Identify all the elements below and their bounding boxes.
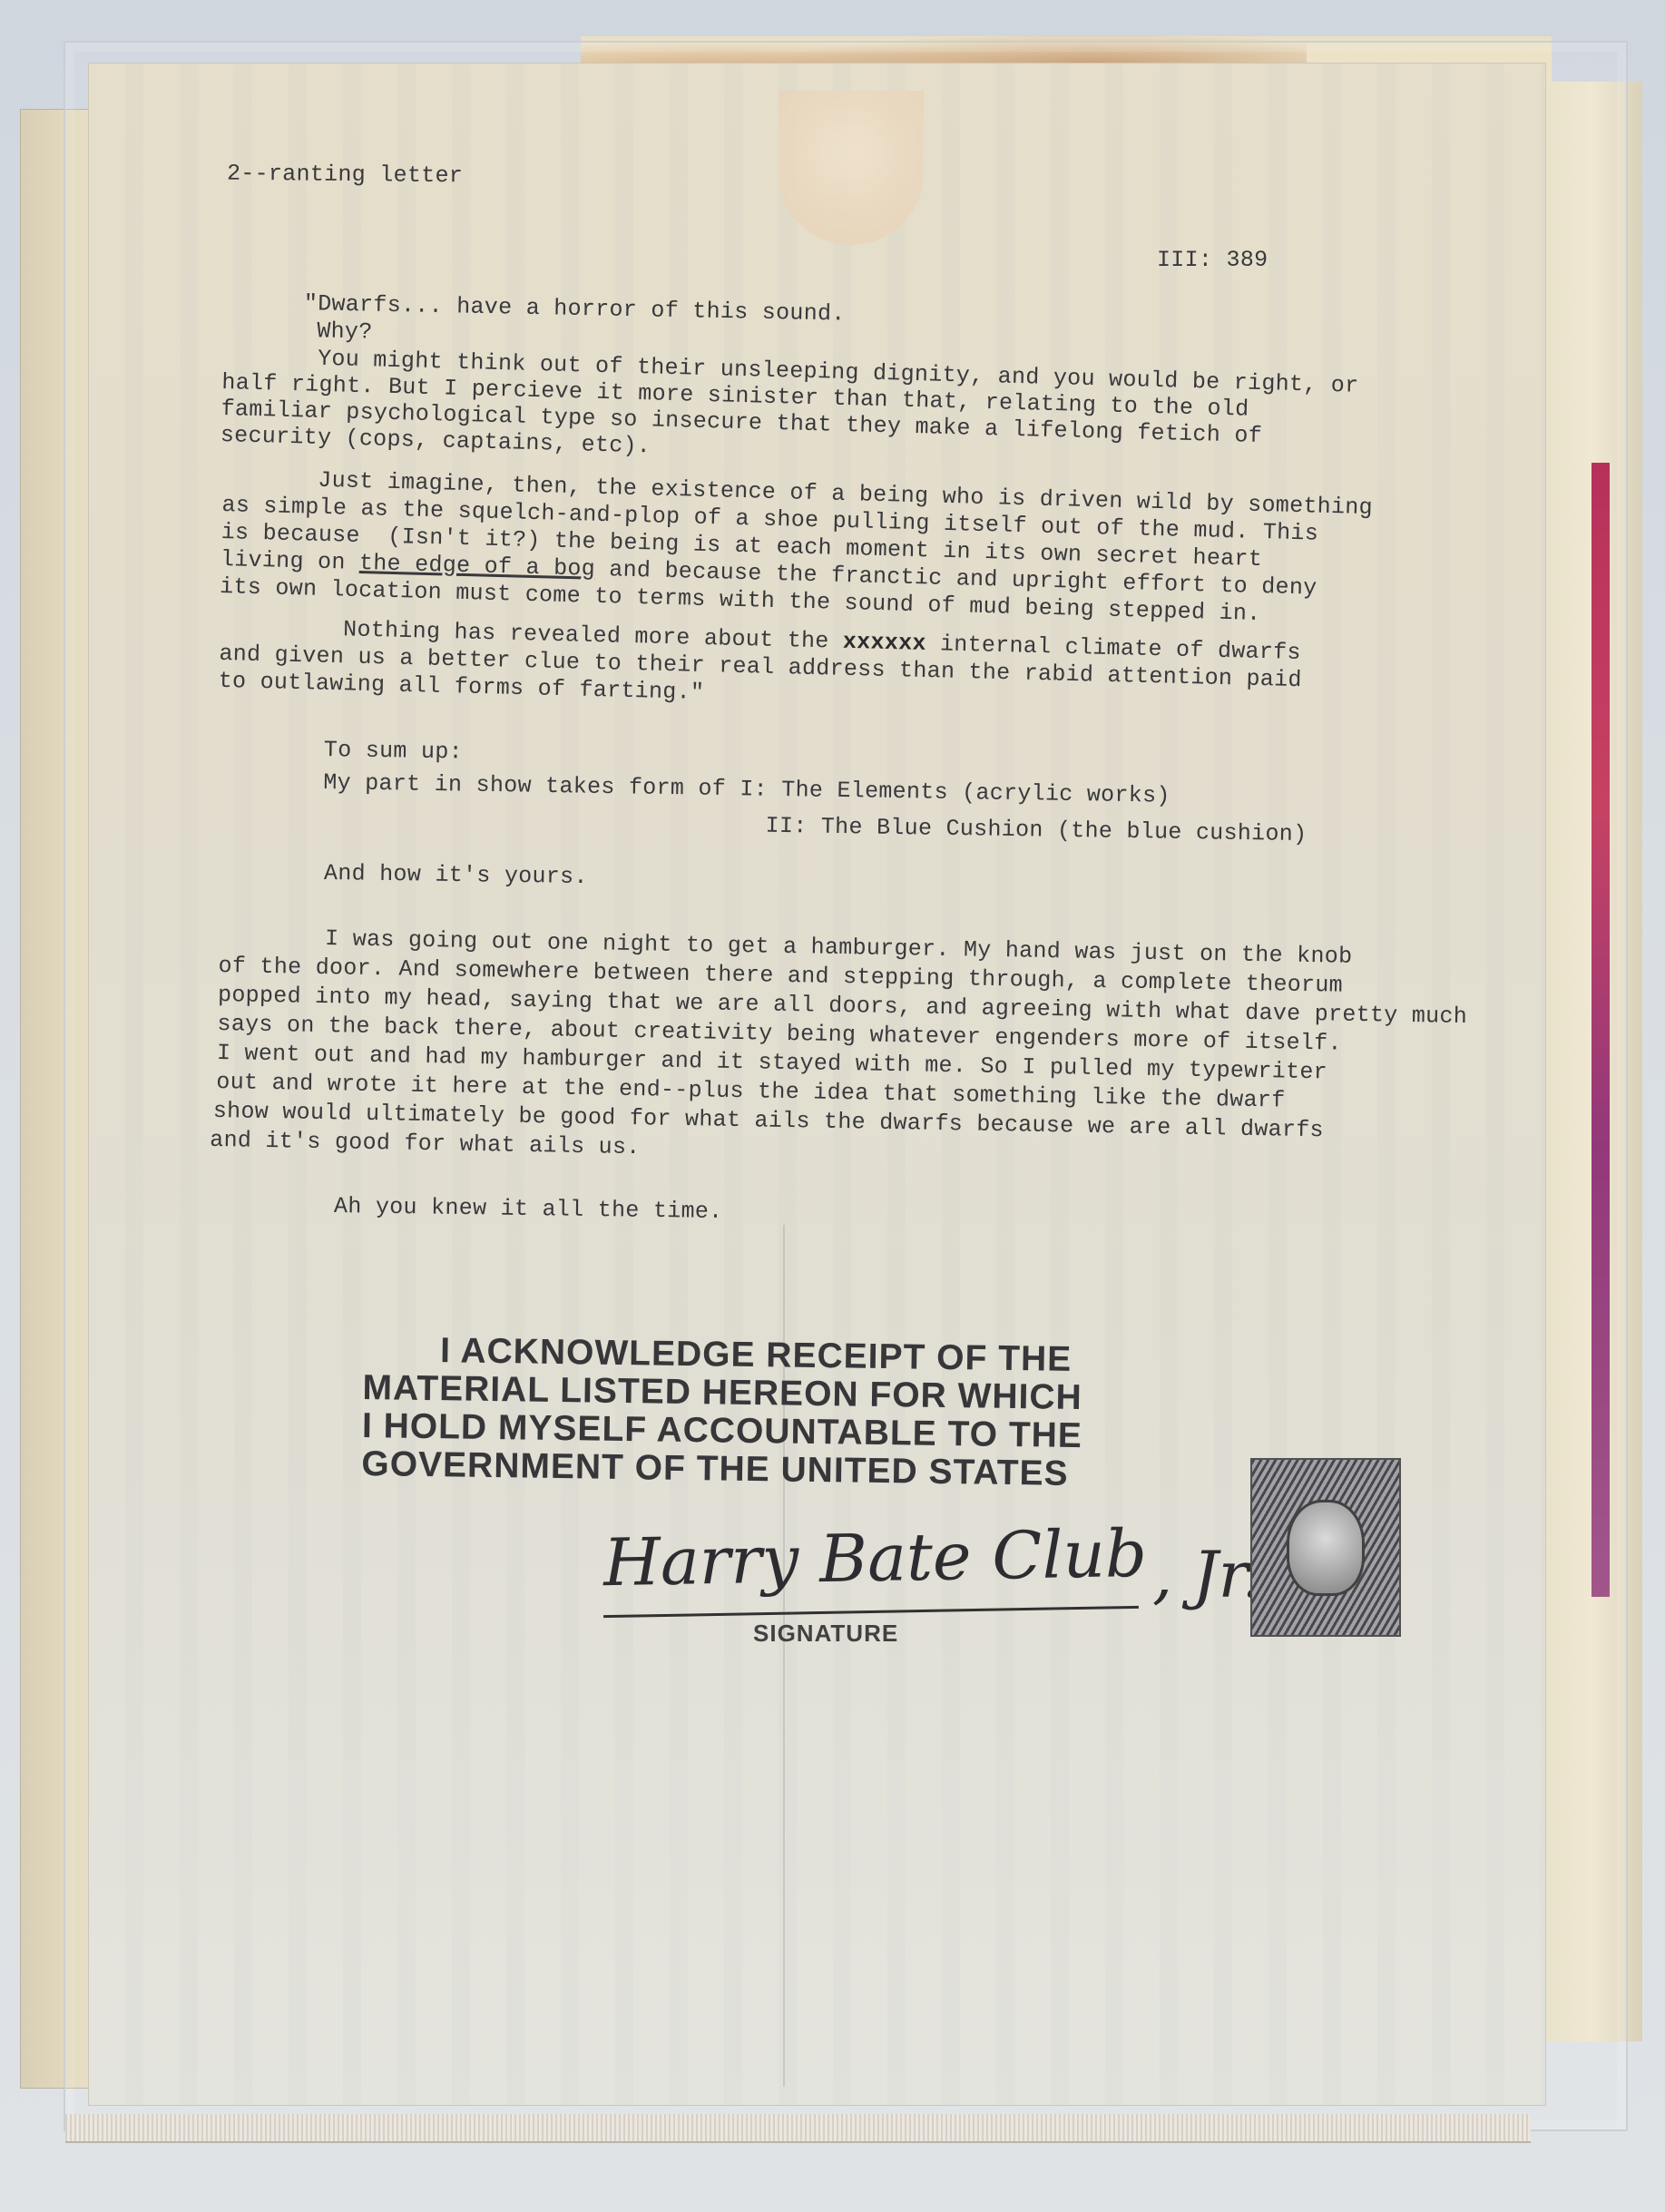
plastic-sleeve — [64, 41, 1628, 2131]
sleeve-seam — [65, 2114, 1531, 2143]
acknowledgment-stamp: I ACKNOWLEDGE RECEIPT OF THE MATERIAL LI… — [19, 0, 1665, 18]
